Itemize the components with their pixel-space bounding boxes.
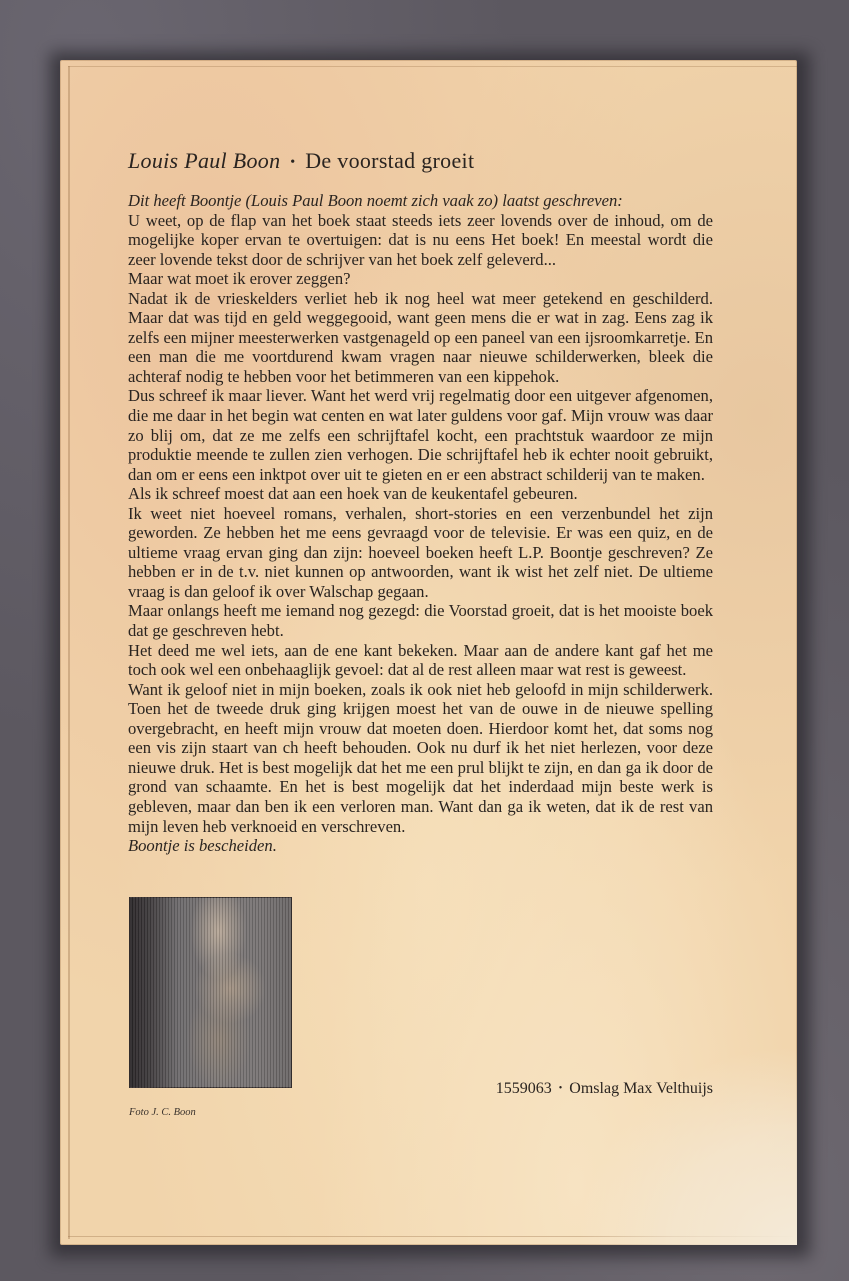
book-heading: Louis Paul Boon • De voorstad groeit (128, 148, 713, 176)
title-separator: • (290, 155, 295, 170)
catalog-number: 1559063 (496, 1080, 552, 1097)
blurb-paragraph: Nadat ik de vrieskelders verliet heb ik … (128, 289, 713, 387)
blurb-body: Dit heeft Boontje (Louis Paul Boon noemt… (128, 191, 713, 856)
blurb-content: Louis Paul Boon • De voorstad groeit Dit… (128, 148, 713, 856)
colophon: 1559063 • Omslag Max Velthuijs (496, 1080, 713, 1098)
book-back-cover: Louis Paul Boon • De voorstad groeit Dit… (60, 60, 797, 1245)
blurb-paragraph: Maar onlangs heeft me iemand nog gezegd:… (128, 601, 713, 640)
blurb-paragraph: Maar wat moet ik erover zeggen? (128, 269, 713, 289)
top-edge-line (68, 66, 797, 67)
blurb-paragraph: Dus schreef ik maar liever. Want het wer… (128, 386, 713, 484)
blurb-paragraph: U weet, op de flap van het boek staat st… (128, 211, 713, 270)
author-portrait-photo (129, 897, 292, 1088)
blurb-paragraph: Als ik schreef moest dat aan een hoek va… (128, 484, 713, 504)
blurb-closing: Boontje is bescheiden. (128, 836, 713, 856)
book-title: De voorstad groeit (305, 148, 474, 173)
blurb-paragraph: Want ik geloof niet in mijn boeken, zoal… (128, 680, 713, 836)
cover-design-credit: Omslag Max Velthuijs (569, 1080, 713, 1097)
blurb-paragraph: Ik weet niet hoeveel romans, verhalen, s… (128, 504, 713, 602)
author-name: Louis Paul Boon (128, 148, 280, 173)
corner-wear-stain (577, 1045, 797, 1245)
blurb-intro: Dit heeft Boontje (Louis Paul Boon noemt… (128, 191, 713, 211)
spine-fold-line (68, 66, 70, 1239)
colophon-separator: • (559, 1083, 563, 1094)
blurb-paragraph: Het deed me wel iets, aan de ene kant be… (128, 641, 713, 680)
photo-credit: Foto J. C. Boon (129, 1107, 196, 1118)
